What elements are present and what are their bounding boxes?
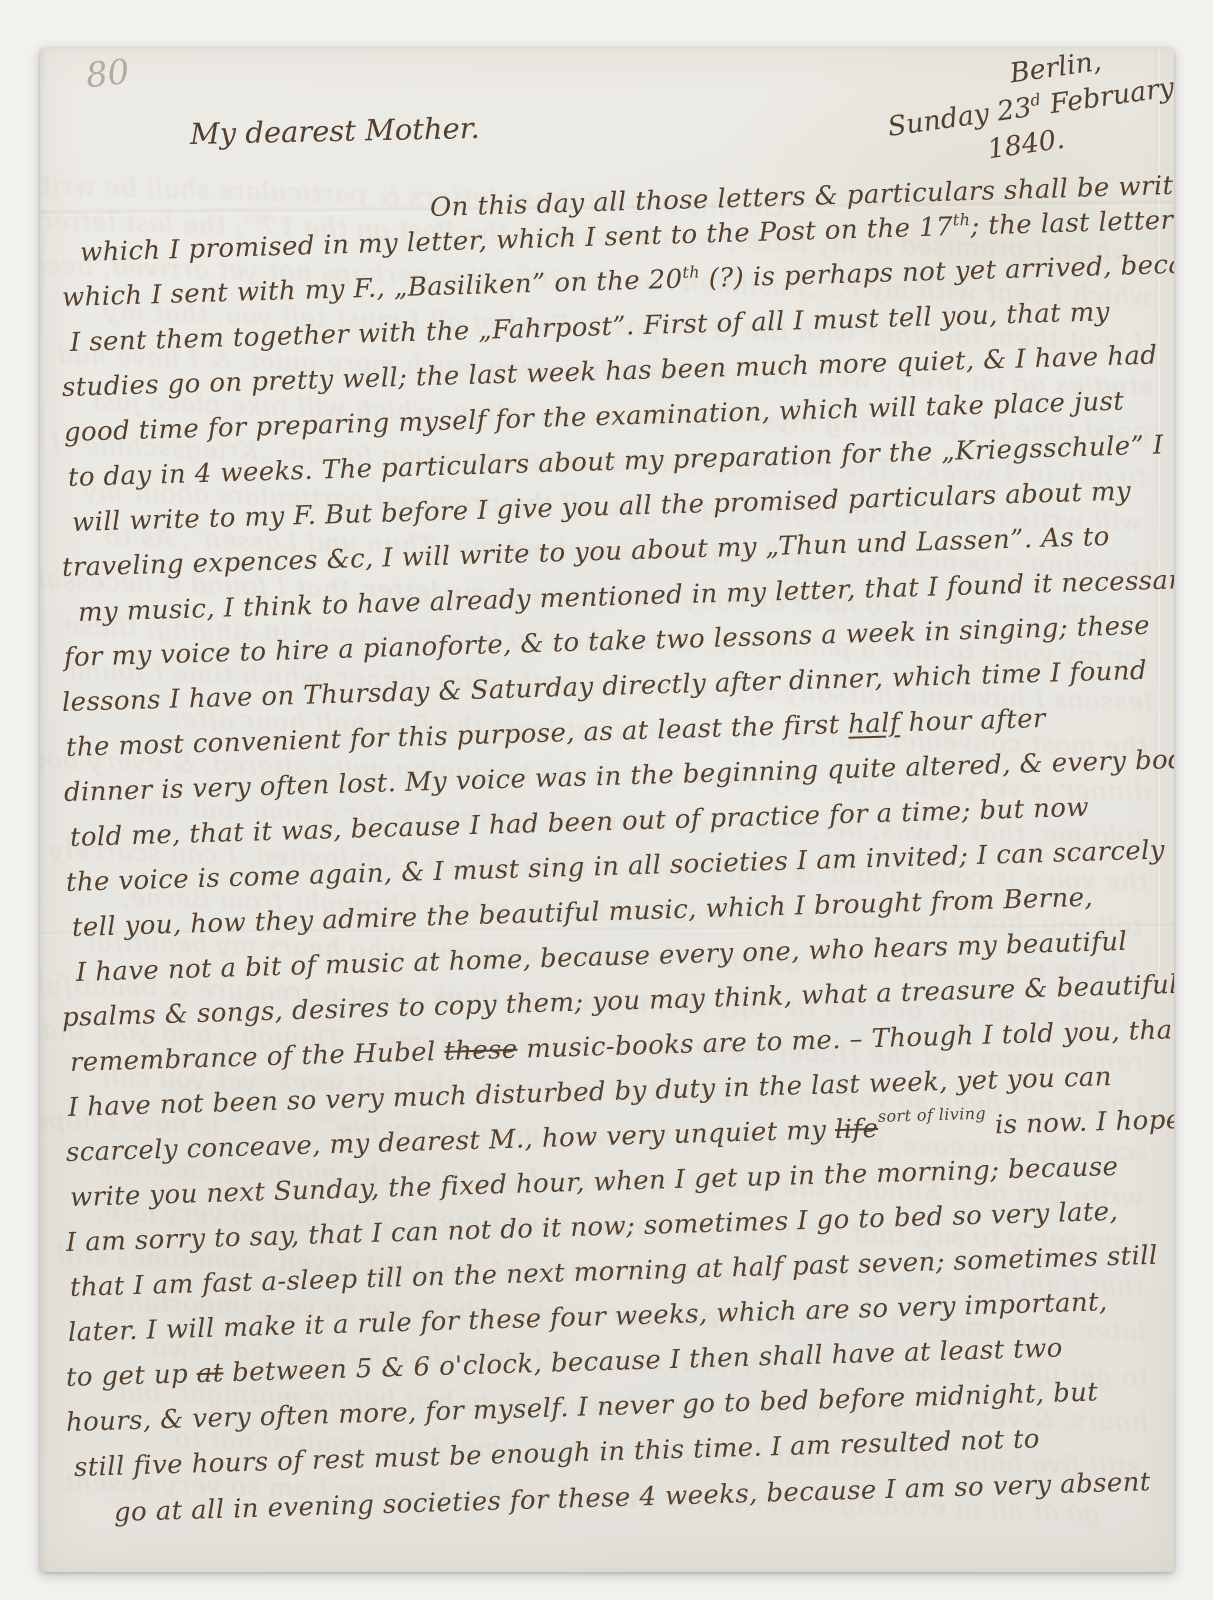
- letter-paper: On this day all those letters & particul…: [40, 48, 1174, 1572]
- salutation: My dearest Mother.: [190, 111, 480, 151]
- scan-background: { "letter": { "ink_color": "#52402d", "p…: [0, 0, 1213, 1600]
- letter-body: On this day all those letters & particul…: [62, 152, 1168, 1536]
- archival-page-number: 80: [84, 52, 131, 96]
